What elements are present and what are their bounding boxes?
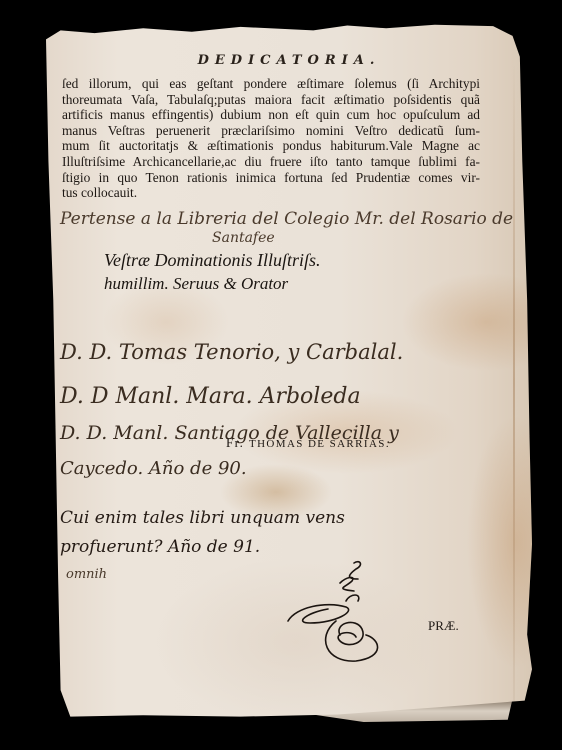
signer-prefix: Fr. — [226, 435, 244, 450]
ownership-note-line-2: Santafee — [212, 230, 275, 246]
printed-line: ſtigio in quo Tenon rationis inimica for… — [62, 170, 480, 186]
printed-line: Illuſtriſsime Archicancellarie,ac diu fr… — [62, 154, 480, 170]
handwritten-note-line-3: omnih — [66, 567, 107, 582]
printed-line: thoreumata Vaſa, Tabulaſq;putas maiora f… — [62, 92, 480, 108]
signature-flourish-icon — [276, 557, 386, 667]
handwritten-name-1: D. D. Tomas Tenorio, y Carbalal. — [60, 340, 403, 364]
ownership-note-line-1: Pertense a la Libreria del Colegio Mr. d… — [60, 209, 513, 229]
printed-dedication-text: ſed illorum, qui eas geſtant pondere æſt… — [62, 76, 480, 201]
catchword: PRÆ. — [428, 618, 459, 634]
handwritten-note-line-1: Cui enim tales libri unquam vens — [60, 508, 345, 528]
handwritten-note-line-2: profuerunt? Año de 91. — [60, 537, 260, 557]
printed-signer: Fr. THOMAS DE SARRIAS. — [226, 435, 390, 451]
closing-line-2: humillim. Seruus & Orator — [104, 274, 288, 294]
printed-line: tus collocauit. — [62, 185, 480, 201]
printed-line: ſed illorum, qui eas geſtant pondere æſt… — [62, 76, 480, 92]
printed-line: manus Veſtras peruenerit præclariſsimo n… — [62, 123, 480, 139]
printed-line: artificis manus effingentis) dubium non … — [62, 107, 480, 123]
document-page: DEDICATORIA. ſed illorum, qui eas geſtan… — [46, 22, 532, 718]
page-fold-crease — [513, 62, 515, 702]
page-heading: DEDICATORIA. — [46, 53, 532, 68]
signer-name: THOMAS DE SARRIAS. — [249, 438, 390, 450]
printed-line: mum ſit auctoritatjs & æſtimationis pond… — [62, 138, 480, 154]
handwritten-name-2: D. D Manl. Mara. Arboleda — [60, 384, 361, 409]
closing-line-1: Veſtræ Dominationis Illuſtriſs. — [104, 250, 321, 271]
handwritten-name-4: Caycedo. Año de 90. — [60, 458, 247, 479]
